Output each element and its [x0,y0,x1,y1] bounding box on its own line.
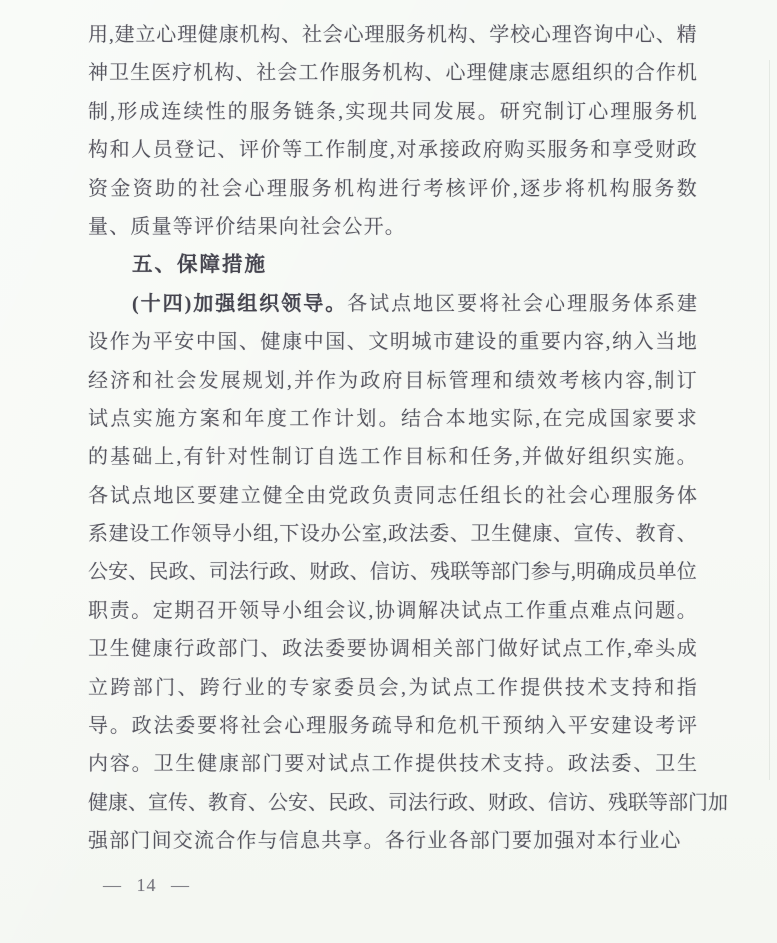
text-line: 的基础上,有针对性制订自选工作目标和任务,并做好组织实施。 [88,438,697,476]
text-line: 各试点地区要建立健全由党政负责同志任组长的社会心理服务体 [88,477,697,515]
section-heading: 五、保障措施 [88,246,697,284]
text-line: 试点实施方案和年度工作计划。结合本地实际,在完成国家要求 [88,400,697,438]
text-line: 内容。卫生健康部门要对试点工作提供技术支持。政法委、卫生 [88,745,697,783]
text-line: 强部门间交流合作与信息共享。各行业各部门要加强对本行业心 [88,822,697,860]
text-line: 经济和社会发展规划,并作为政府目标管理和绩效考核内容,制订 [88,362,697,400]
text-line: 用,建立心理健康机构、社会心理服务机构、学校心理咨询中心、精 [88,16,697,54]
text-line: 公安、民政、司法行政、财政、信访、残联等部门参与,明确成员单位 [88,553,697,591]
text-line: 系建设工作领导小组,下设办公室,政法委、卫生健康、宣传、教育、 [88,515,697,553]
text-line: 神卫生医疗机构、社会工作服务机构、心理健康志愿组织的合作机 [88,54,697,92]
text-line: 量、质量等评价结果向社会公开。 [88,208,697,246]
text-line: 导。政法委要将社会心理服务疏导和危机干预纳入平安建设考评 [88,707,697,745]
document-body: 用,建立心理健康机构、社会心理服务机构、学校心理咨询中心、精神卫生医疗机构、社会… [88,16,697,861]
text-line: 资金资助的社会心理服务机构进行考核评价,逐步将机构服务数 [88,170,697,208]
scanned-document-page: 用,建立心理健康机构、社会心理服务机构、学校心理咨询中心、精神卫生医疗机构、社会… [0,0,777,943]
text-line: 职责。定期召开领导小组会议,协调解决试点工作重点难点问题。 [88,592,697,630]
text-line: (十四)加强组织领导。各试点地区要将社会心理服务体系建 [88,285,697,323]
text-line: 健康、宣传、教育、公安、民政、司法行政、财政、信访、残联等部门加 [88,784,697,822]
page-number: — 14 — [103,875,190,895]
text-line: 卫生健康行政部门、政法委要协调相关部门做好试点工作,牵头成 [88,630,697,668]
text-line: 制,形成连续性的服务链条,实现共同发展。研究制订心理服务机 [88,93,697,131]
text-line: 立跨部门、跨行业的专家委员会,为试点工作提供技术支持和指 [88,669,697,707]
text-line: 设作为平安中国、健康中国、文明城市建设的重要内容,纳入当地 [88,323,697,361]
text-line: 构和人员登记、评价等工作制度,对承接政府购买服务和享受财政 [88,131,697,169]
scan-edge-artifact [769,60,770,780]
page-footer: — 14 — [103,872,190,898]
